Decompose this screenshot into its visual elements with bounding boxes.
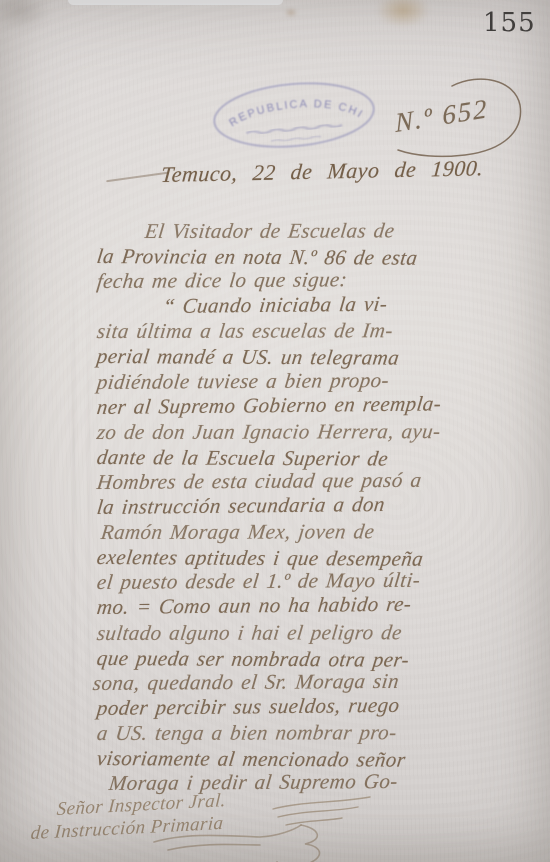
page-top-edge [68, 0, 283, 5]
manuscript-line: sita última a las escuelas de Im- [95, 318, 550, 344]
manuscript-line: a US. tenga a bien nombrar pro- [95, 720, 550, 746]
document-number: N.º 652 [394, 93, 489, 139]
corner-smudge [0, 0, 60, 36]
manuscript-line: Ramón Moraga Mex, joven de [99, 519, 550, 545]
letter-body: El Visitador de Escuelas de la Provincia… [0, 219, 550, 796]
manuscript-line: mo. = Como aun no ha habido re- [96, 591, 550, 621]
manuscript-line: ner al Supremo Gobierno en reempla- [96, 390, 550, 420]
pen-stroke [106, 172, 168, 183]
manuscript-line: zo de don Juan Ignacio Herrera, ayu- [95, 419, 550, 445]
manuscript-line: El Visitador de Escuelas de [143, 218, 550, 244]
dateline: Temuco, 22 de Mayo de 1900. [160, 155, 484, 188]
scanned-manuscript-page: 155 REPUBLICA DE CHILE N.º 652 Temuco, 2… [0, 0, 550, 862]
ink-stain [366, 0, 440, 34]
rubric-dashes [268, 795, 383, 837]
manuscript-line: “ Cuando iniciaba la vi- [162, 290, 550, 319]
folio-number: 155 [483, 8, 536, 38]
republica-de-chile-stamp: REPUBLICA DE CHILE [204, 72, 385, 159]
ink-stain [282, 6, 300, 19]
manuscript-line: la instrucción secundaria a don [96, 490, 550, 520]
manuscript-line: poder percibir sus sueldos, ruego [96, 691, 550, 721]
manuscript-line: sultado alguno i hai el peligro de [95, 619, 550, 645]
stamp-illegible-text [246, 123, 342, 134]
